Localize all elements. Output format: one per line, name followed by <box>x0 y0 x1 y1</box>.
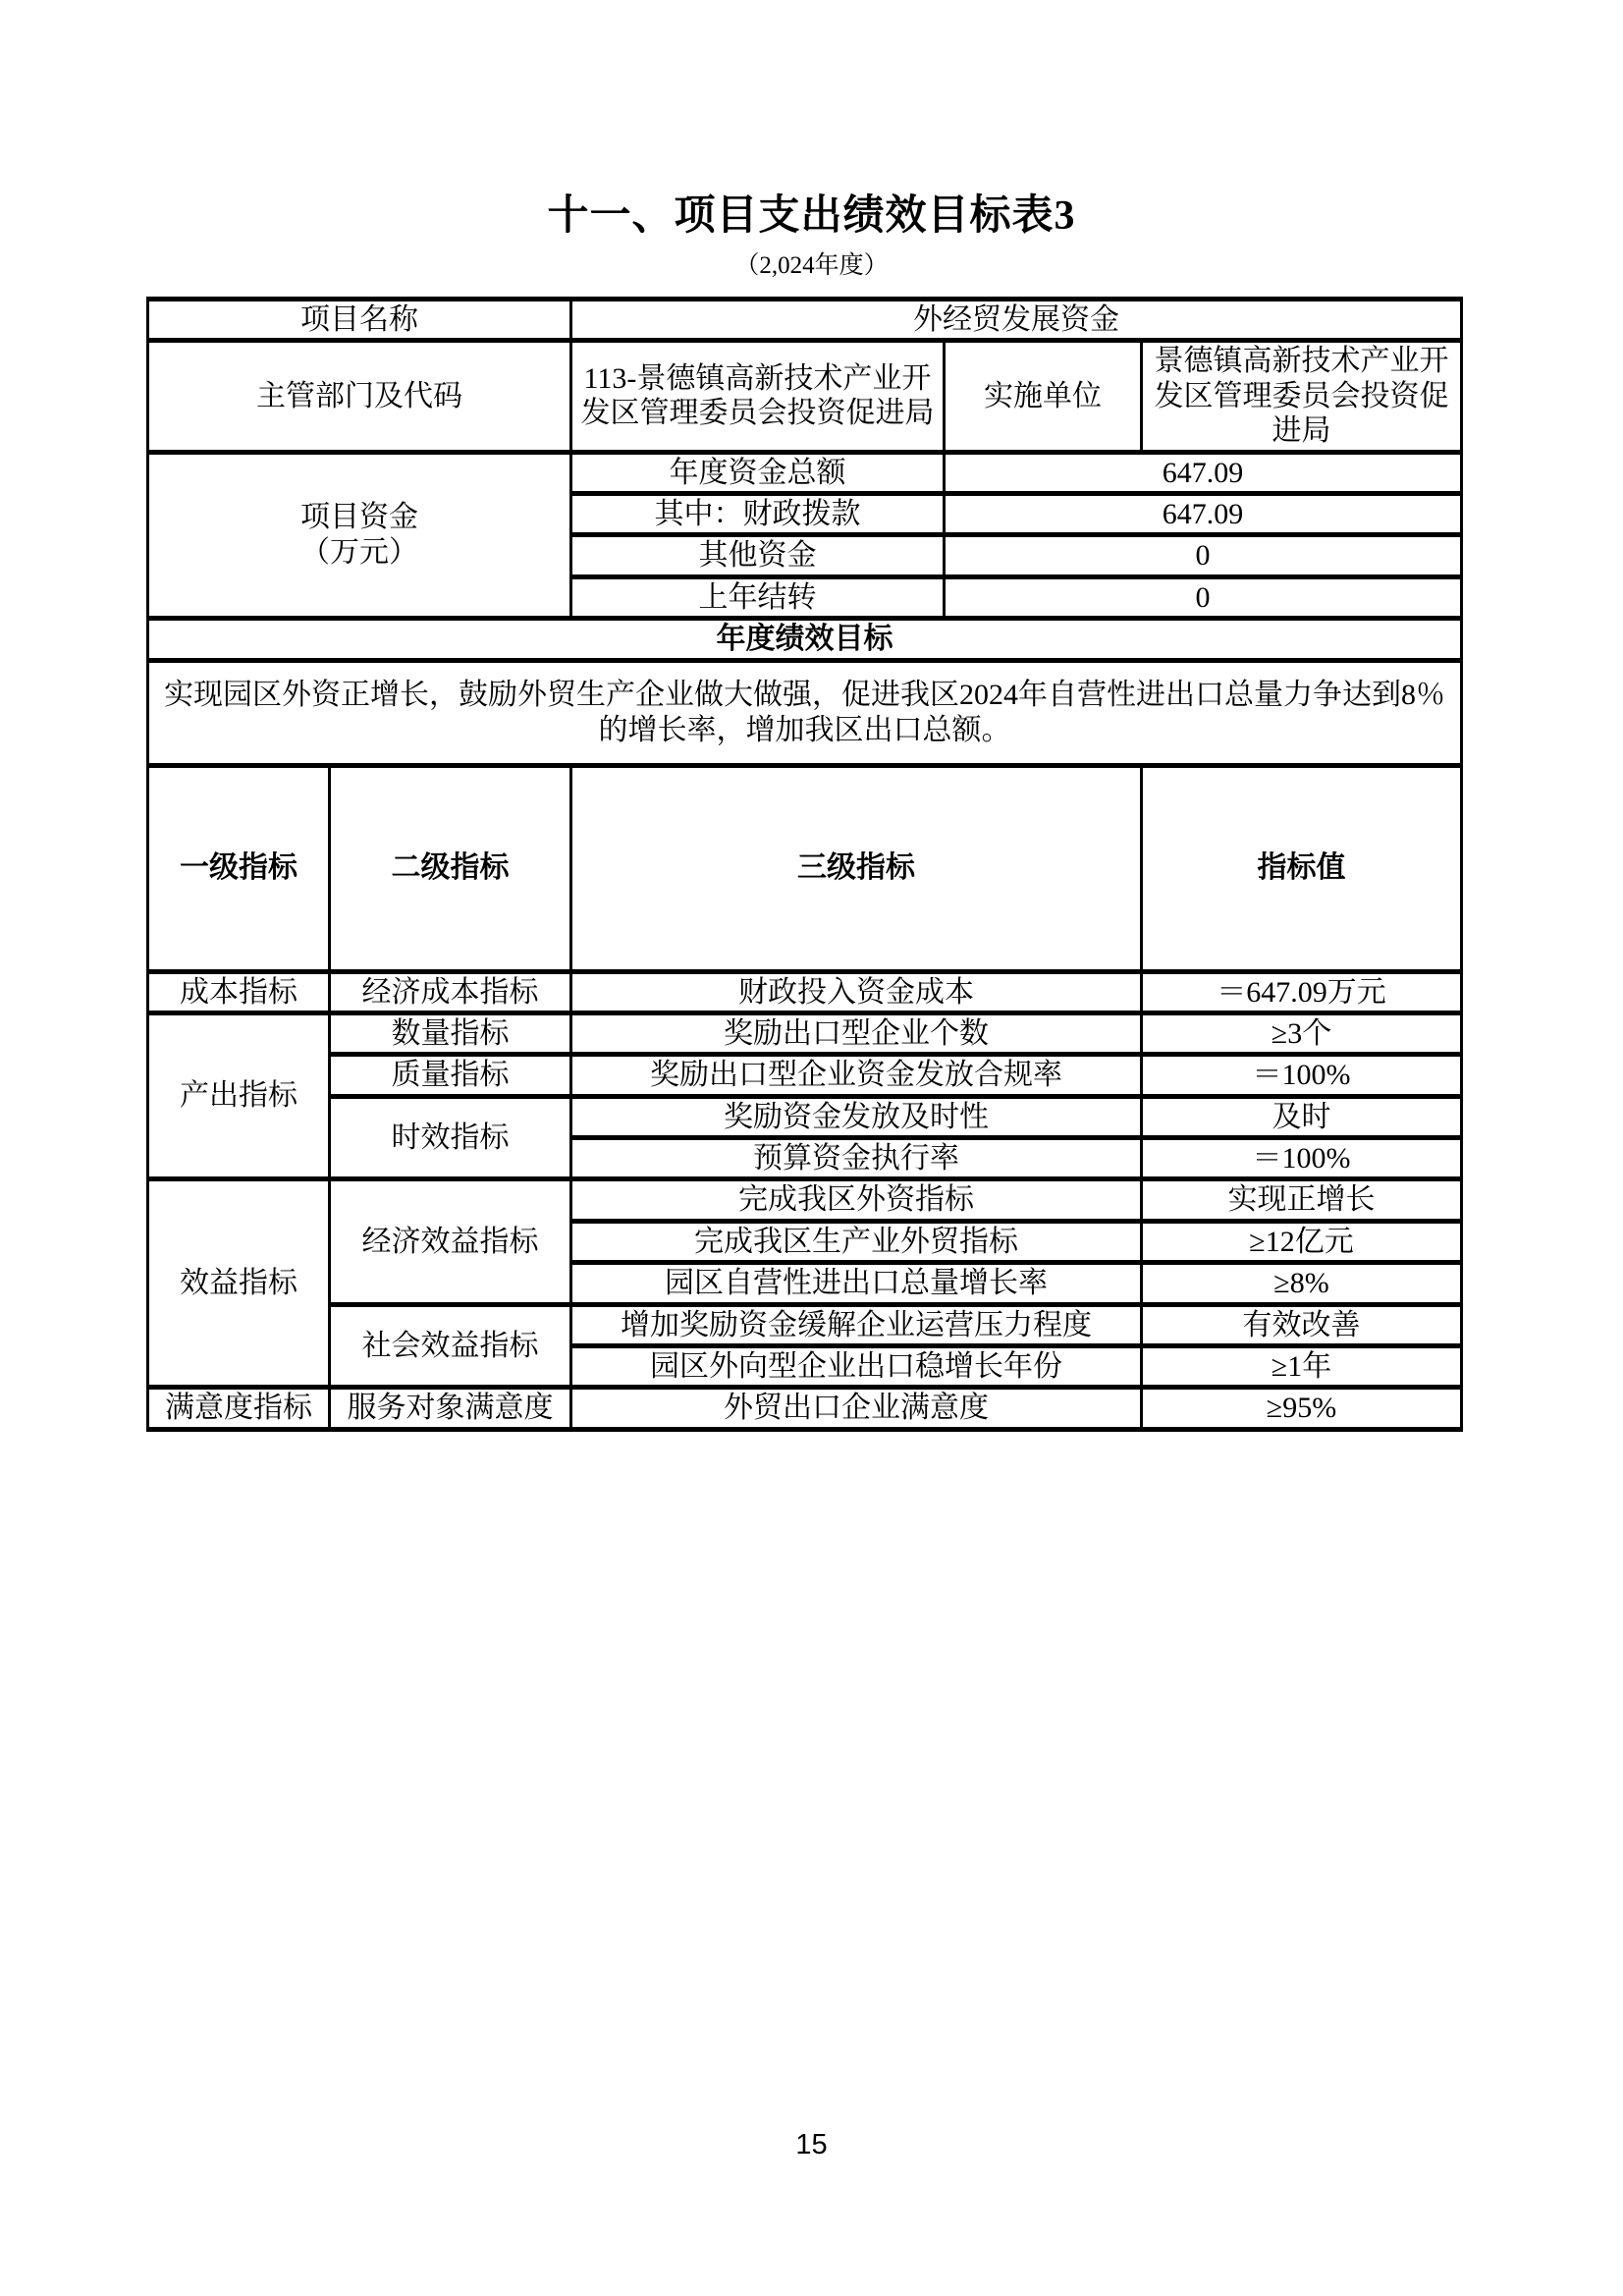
indicator-name: 奖励资金发放及时性 <box>571 1096 1142 1137</box>
output-timeliness-level2: 时效指标 <box>330 1096 571 1179</box>
satisfaction-level2: 服务对象满意度 <box>330 1388 571 1429</box>
implementing-unit-label: 实施单位 <box>945 341 1142 452</box>
page-number: 15 <box>0 2129 1623 2161</box>
table-row-output-quantity: 产出指标 数量指标 奖励出口型企业个数 ≥3个 <box>148 1012 1462 1054</box>
indicator-name: 园区外向型企业出口稳增长年份 <box>571 1346 1142 1388</box>
annual-goal-header: 年度绩效目标 <box>148 619 1462 660</box>
annual-goal-text: 实现园区外资正增长，鼓励外贸生产企业做大做强，促进我区2024年自营性进出口总量… <box>148 660 1462 765</box>
project-name-label: 项目名称 <box>148 300 571 341</box>
header-value: 指标值 <box>1142 765 1462 971</box>
page-subtitle: （2,024年度） <box>0 246 1623 281</box>
indicator-header-row: 一级指标 二级指标 三级指标 指标值 <box>148 765 1462 971</box>
funding-carryover-label: 上年结转 <box>571 576 945 618</box>
page-title: 十一、项目支出绩效目标表3 <box>0 183 1623 242</box>
project-name-value: 外经贸发展资金 <box>571 300 1462 341</box>
funding-total-value: 647.09 <box>945 452 1462 493</box>
indicator-name: 完成我区生产业外贸指标 <box>571 1221 1142 1262</box>
funding-other-value: 0 <box>945 535 1462 576</box>
indicator-value: ≥95% <box>1142 1388 1462 1429</box>
funding-total-label: 年度资金总额 <box>571 452 945 493</box>
indicator-value: ≥12亿元 <box>1142 1221 1462 1262</box>
header-level1: 一级指标 <box>148 765 330 971</box>
header-level2: 二级指标 <box>330 765 571 971</box>
annual-goal-header-row: 年度绩效目标 <box>148 619 1462 660</box>
output-level1: 产出指标 <box>148 1012 330 1179</box>
document-page: 十一、项目支出绩效目标表3 （2,024年度） 项目名称 外经贸发展资金 主管部… <box>0 0 1623 2296</box>
indicator-name: 财政投入资金成本 <box>571 971 1142 1012</box>
implementing-unit-value: 景德镇高新技术产业开发区管理委员会投资促进局 <box>1142 341 1462 452</box>
indicator-value: ≥1年 <box>1142 1346 1462 1388</box>
header-level3: 三级指标 <box>571 765 1142 971</box>
department-row: 主管部门及代码 113-景德镇高新技术产业开发区管理委员会投资促进局 实施单位 … <box>148 341 1462 452</box>
funding-label: 项目资金 （万元） <box>148 452 571 619</box>
performance-target-table: 项目名称 外经贸发展资金 主管部门及代码 113-景德镇高新技术产业开发区管理委… <box>146 297 1463 1432</box>
funding-other-label: 其他资金 <box>571 535 945 576</box>
project-name-row: 项目名称 外经贸发展资金 <box>148 300 1462 341</box>
annual-goal-text-row: 实现园区外资正增长，鼓励外贸生产企业做大做强，促进我区2024年自营性进出口总量… <box>148 660 1462 765</box>
indicator-value: ＝100% <box>1142 1055 1462 1096</box>
cost-economic-level2: 经济成本指标 <box>330 971 571 1012</box>
cost-level1: 成本指标 <box>148 971 330 1012</box>
table-row-benefit-social-1: 社会效益指标 增加奖励资金缓解企业运营压力程度 有效改善 <box>148 1304 1462 1345</box>
table-row-output-timeliness-1: 时效指标 奖励资金发放及时性 及时 <box>148 1096 1462 1137</box>
department-value: 113-景德镇高新技术产业开发区管理委员会投资促进局 <box>571 341 945 452</box>
table-row-satisfaction: 满意度指标 服务对象满意度 外贸出口企业满意度 ≥95% <box>148 1388 1462 1429</box>
indicator-name: 完成我区外资指标 <box>571 1179 1142 1221</box>
indicator-name: 奖励出口型企业资金发放合规率 <box>571 1055 1142 1096</box>
indicator-value: 及时 <box>1142 1096 1462 1137</box>
funding-fiscal-value: 647.09 <box>945 493 1462 534</box>
output-quality-level2: 质量指标 <box>330 1055 571 1096</box>
output-quantity-level2: 数量指标 <box>330 1012 571 1054</box>
benefit-social-level2: 社会效益指标 <box>330 1304 571 1388</box>
indicator-value: ≥8% <box>1142 1263 1462 1304</box>
satisfaction-level1: 满意度指标 <box>148 1388 330 1429</box>
indicator-value: ＝100% <box>1142 1138 1462 1179</box>
indicator-name: 奖励出口型企业个数 <box>571 1012 1142 1054</box>
funding-row-total: 项目资金 （万元） 年度资金总额 647.09 <box>148 452 1462 493</box>
table-row-benefit-econ-1: 效益指标 经济效益指标 完成我区外资指标 实现正增长 <box>148 1179 1462 1221</box>
indicator-value: ≥3个 <box>1142 1012 1462 1054</box>
table-row-output-quality: 质量指标 奖励出口型企业资金发放合规率 ＝100% <box>148 1055 1462 1096</box>
indicator-value: ＝647.09万元 <box>1142 971 1462 1012</box>
benefit-level1: 效益指标 <box>148 1179 330 1388</box>
funding-carryover-value: 0 <box>945 576 1462 618</box>
funding-fiscal-label: 其中：财政拨款 <box>571 493 945 534</box>
benefit-economic-level2: 经济效益指标 <box>330 1179 571 1304</box>
indicator-name: 预算资金执行率 <box>571 1138 1142 1179</box>
indicator-name: 园区自营性进出口总量增长率 <box>571 1263 1142 1304</box>
department-label: 主管部门及代码 <box>148 341 571 452</box>
indicator-name: 增加奖励资金缓解企业运营压力程度 <box>571 1304 1142 1345</box>
indicator-name: 外贸出口企业满意度 <box>571 1388 1142 1429</box>
indicator-value: 实现正增长 <box>1142 1179 1462 1221</box>
table-row-cost: 成本指标 经济成本指标 财政投入资金成本 ＝647.09万元 <box>148 971 1462 1012</box>
indicator-value: 有效改善 <box>1142 1304 1462 1345</box>
